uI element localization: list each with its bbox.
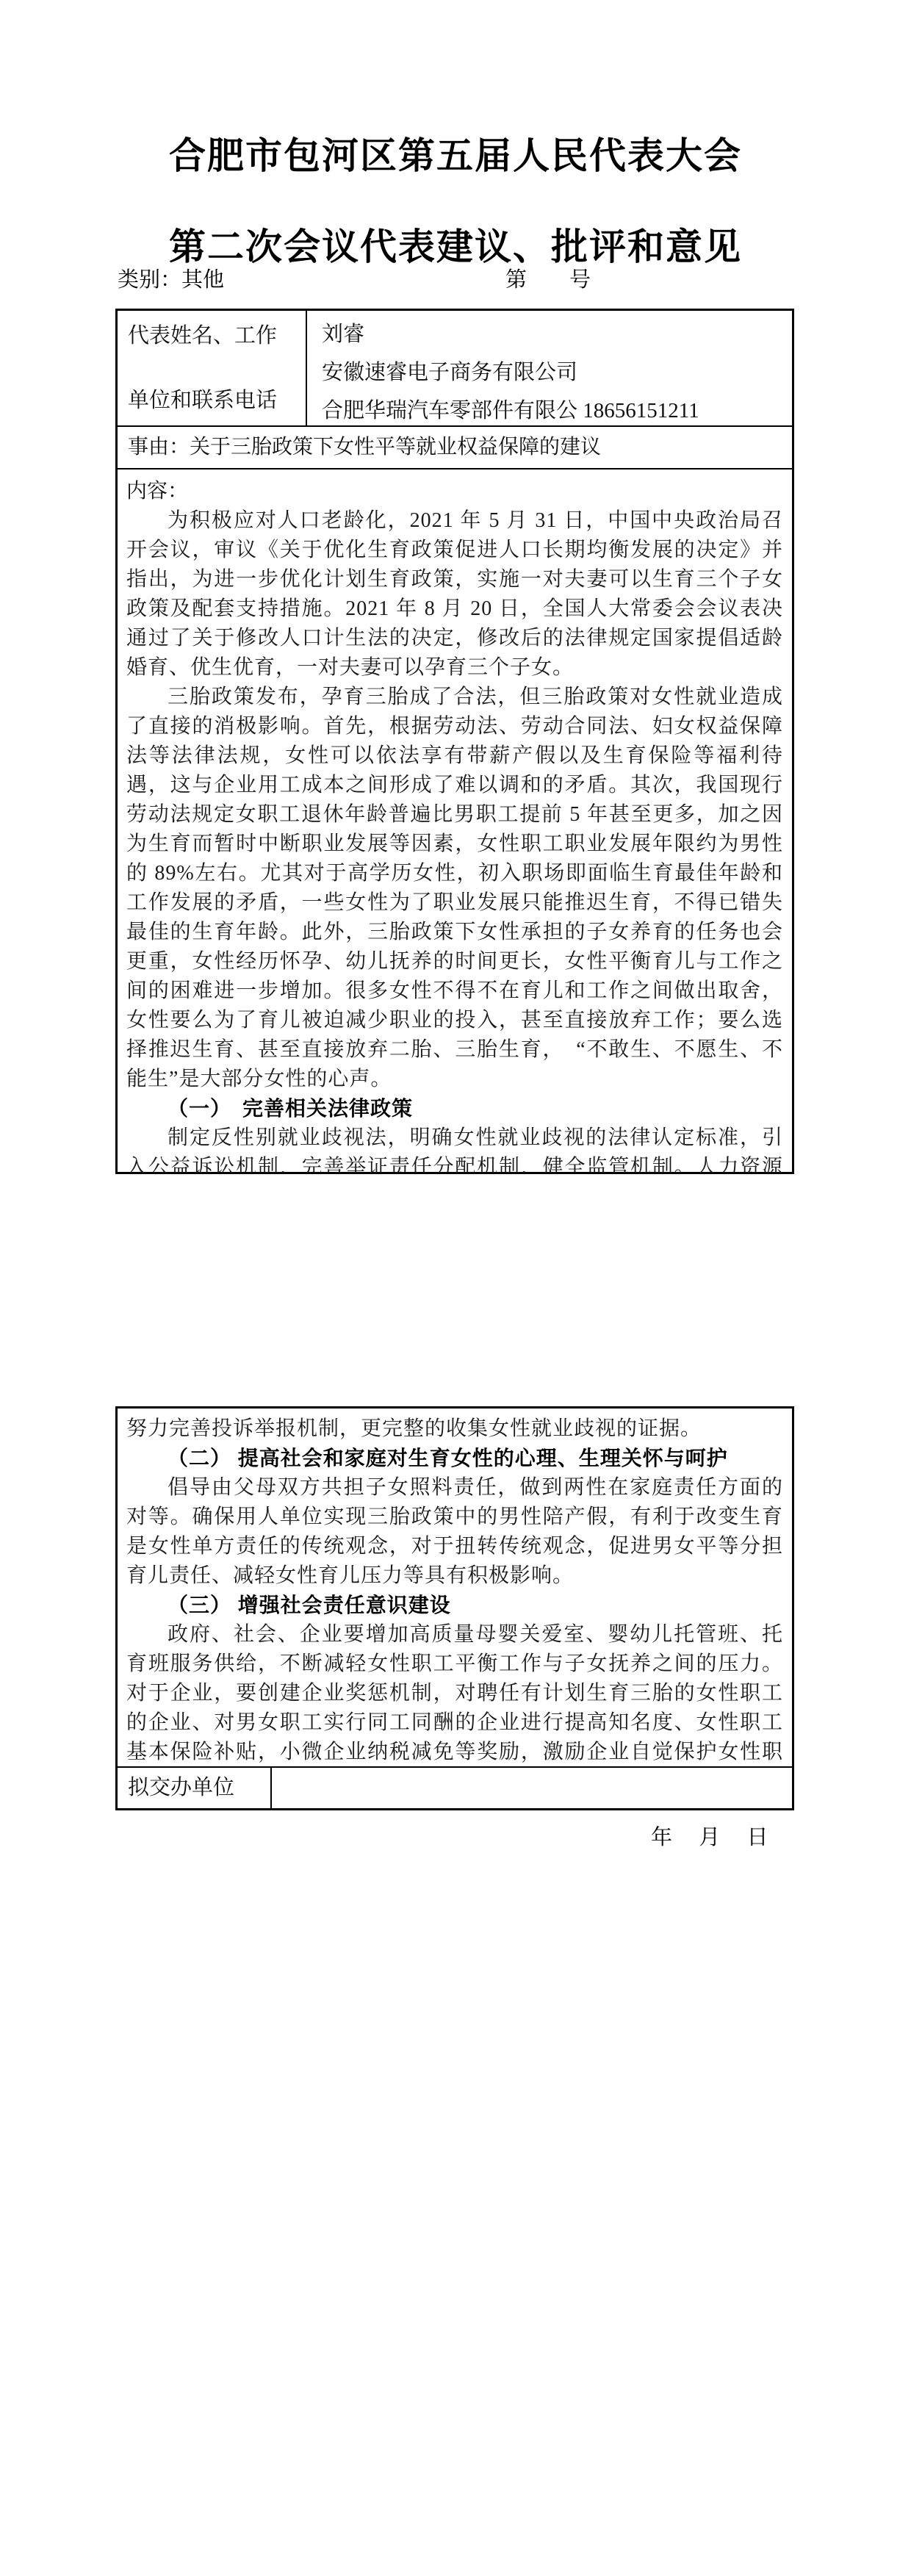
content-section-heading-1: （一） 完善相关法律政策 xyxy=(126,1094,783,1123)
content-label: 内容： xyxy=(126,477,783,506)
content-section-heading-2: （二） 提高社会和家庭对生育女性的心理、生理关怀与呵护 xyxy=(126,1444,783,1473)
representative-label-line2: 单位和联系电话 xyxy=(128,387,306,414)
form-table-page2: 努力完善投诉举报机制，更完整的收集女性就业歧视的证据。 （二） 提高社会和家庭对… xyxy=(115,1406,794,1810)
content-paragraph: 为积极应对人口老龄化，2021 年 5 月 31 日，中国中央政治局召开会议，审… xyxy=(126,506,783,683)
content-section-heading-3: （三） 增强社会责任意识建设 xyxy=(126,1591,783,1620)
representative-company-2-phone: 合肥华瑞汽车零部件有限公 18656151211 xyxy=(322,392,788,425)
representative-name: 刘睿 xyxy=(322,315,788,353)
content-paragraph: 倡导由父母双方共担子女照料责任，做到两性在家庭责任方面的对等。确保用人单位实现三… xyxy=(126,1473,783,1591)
date-signature-line: 年 月 日 xyxy=(651,1821,768,1851)
assign-unit-row: 拟交办单位 xyxy=(118,1766,792,1809)
assign-unit-value-empty xyxy=(272,1768,792,1809)
assign-unit-label: 拟交办单位 xyxy=(118,1768,272,1809)
content-paragraph: 制定反性别就业歧视法，明确女性就业歧视的法律认定标准，引入公益诉讼机制，完善举证… xyxy=(126,1123,783,1173)
content-cell-page2: 努力完善投诉举报机制，更完整的收集女性就业歧视的证据。 （二） 提高社会和家庭对… xyxy=(118,1408,792,1766)
representative-label-line1: 代表姓名、工作 xyxy=(128,323,306,349)
content-paragraph-continued: 努力完善投诉举报机制，更完整的收集女性就业歧视的证据。 xyxy=(126,1414,783,1444)
representative-value-cell: 刘睿 安徽速睿电子商务有限公司 合肥华瑞汽车零部件有限公 18656151211 xyxy=(307,311,792,425)
document-number-text: 第 号 xyxy=(505,263,591,293)
subject-row: 事由：关于三胎政策下女性平等就业权益保障的建议 xyxy=(118,425,792,468)
subject-text: 事由：关于三胎政策下女性平等就业权益保障的建议 xyxy=(128,436,601,458)
title-line-1: 合肥市包河区第五届人民代表大会 xyxy=(0,110,911,201)
content-cell-page1: 内容： 为积极应对人口老龄化，2021 年 5 月 31 日，中国中央政治局召开… xyxy=(118,468,792,1173)
category-text: 类别：其他 xyxy=(118,268,224,292)
content-paragraph: 政府、社会、企业要增加高质量母婴关爱室、婴幼儿托管班、托育班服务供给，不断减轻女… xyxy=(126,1620,783,1766)
meta-line: 类别：其他 第 号 xyxy=(118,263,793,292)
representative-company-1: 安徽速睿电子商务有限公司 xyxy=(322,353,788,392)
content-paragraph: 三胎政策发布，孕育三胎成了合法，但三胎政策对女性就业造成了直接的消极影响。首先，… xyxy=(126,683,783,1094)
document-page: 合肥市包河区第五届人民代表大会 第二次会议代表建议、批评和意见 类别：其他 第 … xyxy=(0,0,911,2576)
form-table-page1: 代表姓名、工作 单位和联系电话 刘睿 安徽速睿电子商务有限公司 合肥华瑞汽车零部… xyxy=(115,309,794,1174)
representative-label-cell: 代表姓名、工作 单位和联系电话 xyxy=(118,311,307,425)
representative-row: 代表姓名、工作 单位和联系电话 刘睿 安徽速睿电子商务有限公司 合肥华瑞汽车零部… xyxy=(118,311,792,425)
